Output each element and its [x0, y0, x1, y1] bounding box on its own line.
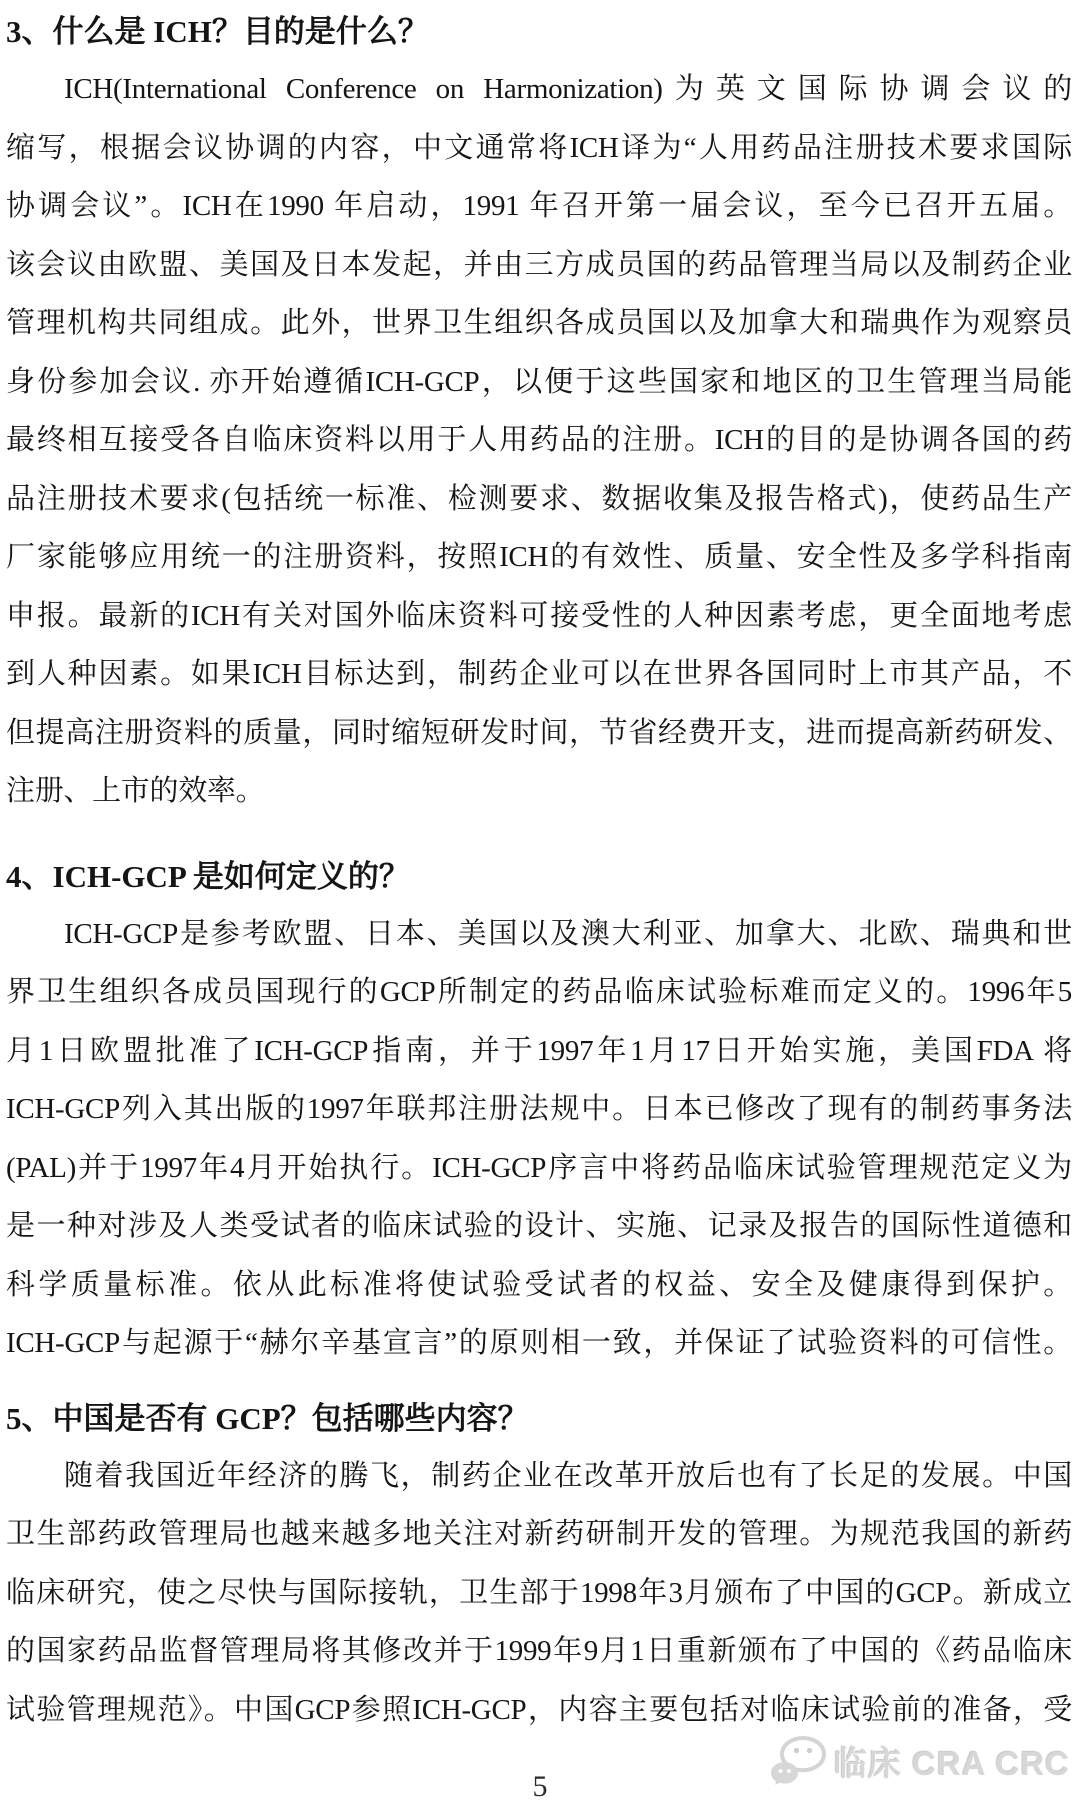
text-line: ICH-GCP是参考欧盟、日本、美国以及澳大利亚、加拿大、北欧、瑞典和世 — [6, 905, 1072, 964]
text-line: 厂家能够应用统一的注册资料，按照ICH的有效性、质量、安全性及多学科指南 — [6, 528, 1072, 587]
text-line: 缩写，根据会议协调的内容，中文通常将ICH译为“人用药品注册技术要求国际 — [6, 119, 1072, 178]
text-line: 协调会议”。ICH在1990 年启动，1991 年召开第一届会议，至今已召开五届… — [6, 177, 1072, 236]
text-line: (PAL)并于1997年4月开始执行。ICH-GCP序言中将药品临床试验管理规范… — [6, 1139, 1072, 1198]
text-line: 科学质量标准。依从此标准将使试验受试者的权益、安全及健康得到保护。 — [6, 1256, 1072, 1315]
section-4-heading: 4、ICH-GCP 是如何定义的？ — [6, 849, 1072, 905]
text-line: 随着我国近年经济的腾飞，制药企业在改革开放后也有了长足的发展。中国 — [6, 1447, 1072, 1506]
text-line: 的国家药品监督管理局将其修改并于1999年9月1日重新颁布了中国的《药品临床 — [6, 1622, 1072, 1681]
text-line: ICH(International Conference on Harmoniz… — [6, 60, 1072, 119]
text-line: 月1日欧盟批准了ICH-GCP指南，并于1997年1月17日开始实施，美国FDA… — [6, 1022, 1072, 1081]
text-line: 申报。最新的ICH有关对国外临床资料可接受性的人种因素考虑，更全面地考虑 — [6, 587, 1072, 646]
text-line: 管理机构共同组成。此外，世界卫生组织各成员国以及加拿大和瑞典作为观察员 — [6, 294, 1072, 353]
text-line: 身份参加会议. 亦开始遵循ICH-GCP，以便于这些国家和地区的卫生管理当局能 — [6, 353, 1072, 412]
section-3-heading: 3、什么是 ICH？目的是什么？ — [6, 4, 1072, 60]
text-line: 到人种因素。如果ICH目标达到，制药企业可以在世界各国同时上市其产品，不 — [6, 645, 1072, 704]
text-line: ICH-GCP与起源于“赫尔辛基宣言”的原则相一致，并保证了试验资料的可信性。 — [6, 1314, 1072, 1373]
text-line: 品注册技术要求(包括统一标准、检测要求、数据收集及报告格式)，使药品生产 — [6, 470, 1072, 529]
text-line: 注册、上市的效率。 — [6, 762, 1072, 821]
text-line: 但提高注册资料的质量，同时缩短研发时间，节省经费开支，进而提高新药研发、 — [6, 704, 1072, 763]
document-body: 3、什么是 ICH？目的是什么？ ICH(International Confe… — [6, 0, 1072, 1739]
section-5-heading: 5、中国是否有 GCP？包括哪些内容？ — [6, 1391, 1072, 1447]
text-line: 临床研究，使之尽快与国际接轨，卫生部于1998年3月颁布了中国的GCP。新成立 — [6, 1564, 1072, 1623]
text-line: 该会议由欧盟、美国及日本发起，并由三方成员国的药品管理当局以及制药企业 — [6, 236, 1072, 295]
page-number: 5 — [0, 1770, 1080, 1804]
document-page: 3、什么是 ICH？目的是什么？ ICH(International Confe… — [0, 0, 1080, 1812]
text-line: 界卫生组织各成员国现行的GCP所制定的药品临床试验标难而定义的。1996年5 — [6, 963, 1072, 1022]
text-line: 试验管理规范》。中国GCP参照ICH-GCP，内容主要包括对临床试验前的准备，受 — [6, 1681, 1072, 1740]
text-line: 最终相互接受各自临床资料以用于人用药品的注册。ICH的目的是协调各国的药 — [6, 411, 1072, 470]
text-line: 卫生部药政管理局也越来越多地关注对新药研制开发的管理。为规范我国的新药 — [6, 1505, 1072, 1564]
text-line: 是一种对涉及人类受试者的临床试验的设计、实施、记录及报告的国际性道德和 — [6, 1197, 1072, 1256]
text-line: ICH-GCP列入其出版的1997年联邦注册法规中。日本已修改了现有的制药事务法 — [6, 1080, 1072, 1139]
